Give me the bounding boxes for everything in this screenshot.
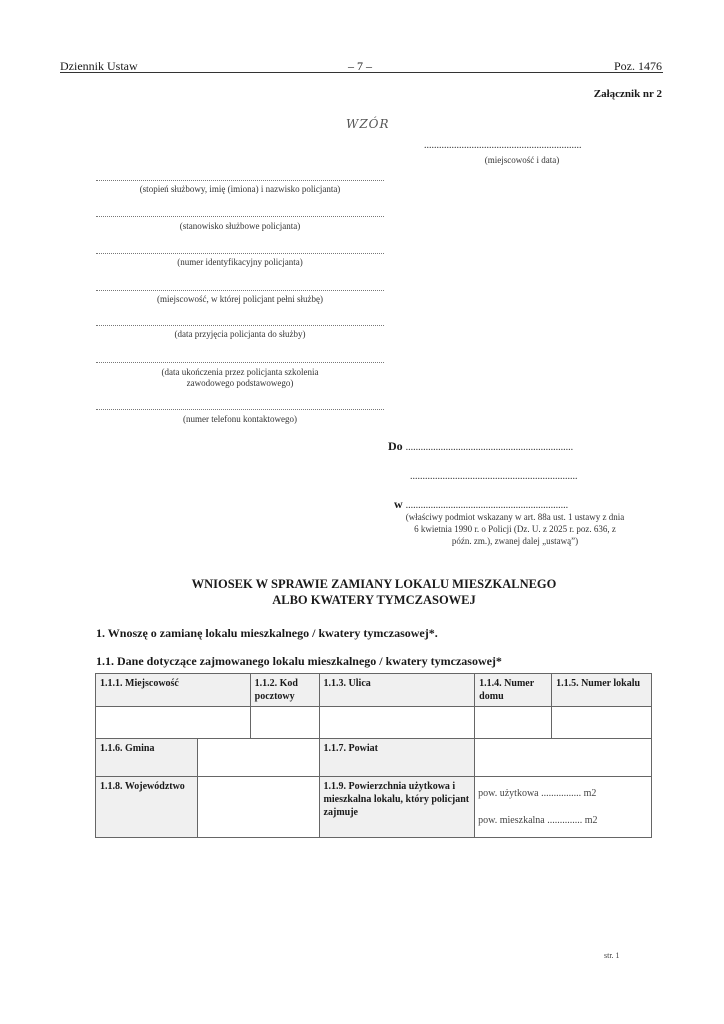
house-number-input[interactable] — [475, 707, 552, 739]
addressee-to-row: Do .....................................… — [388, 439, 573, 454]
section-1-1-heading: 1.1. Dane dotyczące zajmowanego lokalu m… — [96, 654, 502, 669]
service-place-field[interactable] — [96, 290, 384, 291]
training-date-caption: (data ukończenia przez policjanta szkole… — [150, 367, 330, 389]
form-title: WNIOSEK W SPRAWIE ZAMIANY LOKALU MIESZKA… — [96, 576, 652, 608]
usable-area-field[interactable]: pow. użytkowa ................ m2 — [478, 787, 648, 800]
commune-input[interactable] — [197, 739, 319, 777]
place-date-caption: (miejscowość i data) — [424, 155, 620, 165]
premises-data-table: 1.1.1. Miejscowość 1.1.2. Kod pocztowy 1… — [95, 673, 652, 838]
county-label: 1.1.7. Powiat — [319, 739, 475, 777]
flat-number-label: 1.1.5. Numer lokalu — [552, 674, 652, 707]
in-field[interactable]: ........................................… — [406, 500, 569, 511]
form-title-line2: ALBO KWATERY TYMCZASOWEJ — [96, 592, 652, 608]
commune-label: 1.1.6. Gmina — [96, 739, 198, 777]
annex-label: Załącznik nr 2 — [594, 88, 662, 100]
phone-caption: (numer telefonu kontaktowego) — [96, 414, 384, 424]
addressee-caption: (właściwy podmiot wskazany w art. 88a us… — [404, 511, 626, 547]
rank-name-field[interactable] — [96, 180, 384, 181]
section-1-heading: 1. Wnoszę o zamianę lokalu mieszkalnego … — [96, 626, 438, 641]
training-date-field[interactable] — [96, 362, 384, 363]
voivodeship-label: 1.1.8. Województwo — [96, 777, 198, 838]
usable-area-unit: m2 — [584, 788, 597, 799]
area-inputs: pow. użytkowa ................ m2 pow. m… — [475, 777, 652, 838]
in-label: w — [394, 497, 403, 511]
to-field[interactable]: ........................................… — [406, 442, 574, 453]
admission-date-field[interactable] — [96, 325, 384, 326]
admission-date-caption: (data przyjęcia policjanta do służby) — [96, 329, 384, 339]
flat-number-input[interactable] — [552, 707, 652, 739]
addressee-in-row: w ......................................… — [394, 497, 568, 512]
street-input[interactable] — [319, 707, 475, 739]
county-input[interactable] — [475, 739, 652, 777]
position-field[interactable] — [96, 216, 384, 217]
form-title-line1: WNIOSEK W SPRAWIE ZAMIANY LOKALU MIESZKA… — [96, 576, 652, 592]
position-caption: (stanowisko służbowe policjanta) — [96, 221, 384, 231]
locality-input[interactable] — [96, 707, 251, 739]
usable-area-label: pow. użytkowa — [478, 788, 538, 799]
locality-label: 1.1.1. Miejscowość — [96, 674, 251, 707]
template-mark: WZÓR — [346, 117, 390, 131]
postal-code-input[interactable] — [250, 707, 319, 739]
service-place-caption: (miejscowość, w której policjant pełni s… — [96, 294, 384, 304]
living-area-input[interactable]: .............. — [547, 815, 582, 826]
usable-area-input[interactable]: ................ — [541, 788, 581, 799]
to-label: Do — [388, 439, 403, 453]
header-rule — [60, 72, 663, 73]
living-area-unit: m2 — [585, 815, 598, 826]
footer-page-number: str. 1 — [604, 951, 620, 960]
phone-field[interactable] — [96, 409, 384, 410]
street-label: 1.1.3. Ulica — [319, 674, 475, 707]
postal-code-label: 1.1.2. Kod pocztowy — [250, 674, 319, 707]
addressee-line2-field[interactable]: ........................................… — [410, 471, 578, 482]
voivodeship-input[interactable] — [197, 777, 319, 838]
living-area-label: pow. mieszkalna — [478, 815, 545, 826]
place-date-field[interactable]: ........................................… — [424, 140, 582, 151]
rank-name-caption: (stopień służbowy, imię (imiona) i nazwi… — [96, 184, 384, 194]
id-number-caption: (numer identyfikacyjny policjanta) — [96, 257, 384, 267]
area-label: 1.1.9. Powierzchnia użytkowa i mieszkaln… — [319, 777, 475, 838]
id-number-field[interactable] — [96, 253, 384, 254]
living-area-field[interactable]: pow. mieszkalna .............. m2 — [478, 814, 648, 827]
house-number-label: 1.1.4. Numer domu — [475, 674, 552, 707]
